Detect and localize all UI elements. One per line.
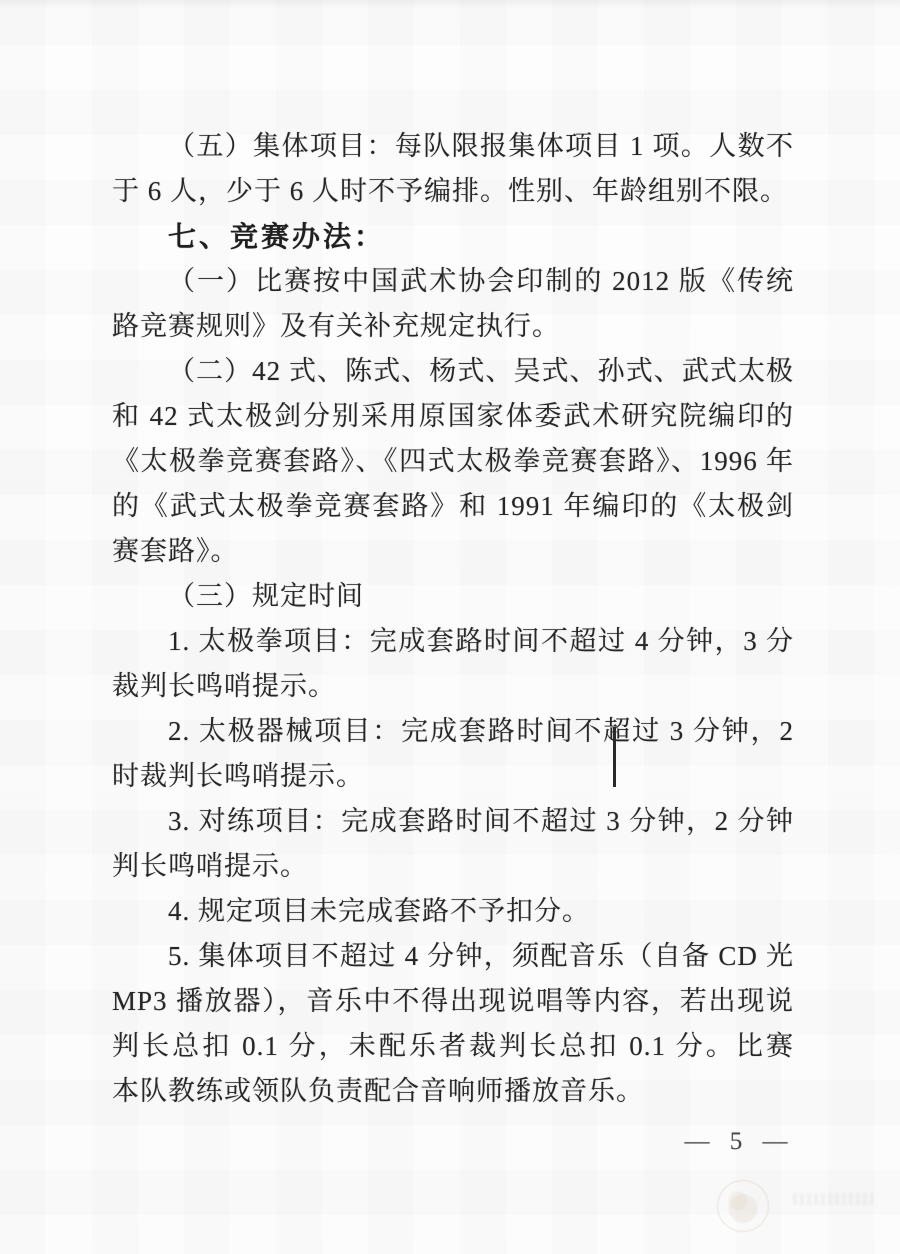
watermark-seal-icon	[717, 1180, 769, 1232]
text-line: MP3 播放器），音乐中不得出现说唱等内容，若出现说唱裁	[112, 979, 794, 1024]
text-line: 路竞赛规则》及有关补充规定执行。	[112, 304, 794, 349]
text-line: 裁判长鸣哨提示。	[112, 664, 794, 709]
text-line: 的《武式太极拳竞赛套路》和 1991 年编印的《太极剑竞	[112, 484, 794, 529]
text-line: （二）42 式、陈式、杨式、吴式、孙式、武式太极拳	[112, 349, 794, 394]
text-line: 赛套路》。	[112, 529, 794, 574]
text-line: 和 42 式太极剑分别采用原国家体委武术研究院编印的	[112, 394, 794, 439]
text-line: 本队教练或领队负责配合音响师播放音乐。	[112, 1069, 794, 1114]
text-line: 2. 太极器械项目：完成套路时间不超过 3 分钟，2 分钟	[112, 709, 794, 754]
watermark-text-smudge	[793, 1193, 875, 1205]
text-line: 4. 规定项目未完成套路不予扣分。	[112, 889, 794, 934]
document-page: （五）集体项目：每队限报集体项目 1 项。人数不得少 于 6 人，少于 6 人时…	[0, 0, 900, 1254]
text-line: 1. 太极拳项目：完成套路时间不超过 4 分钟，3 分钟时	[112, 619, 794, 664]
text-line: 5. 集体项目不超过 4 分钟，须配音乐（自备 CD 光盘或	[112, 934, 794, 979]
text-line: （一）比赛按中国武术协会印制的 2012 版《传统武术套	[112, 259, 794, 304]
page-number: — 5 —	[672, 1128, 802, 1156]
section-heading: 七、竞赛办法：	[112, 214, 794, 259]
text-line: 《太极拳竞赛套路》、《四式太极拳竞赛套路》、1996 年编印	[112, 439, 794, 484]
text-line: 时裁判长鸣哨提示。	[112, 754, 794, 799]
text-line: 判长总扣 0.1 分，未配乐者裁判长总扣 0.1 分。比赛时，由	[112, 1024, 794, 1069]
text-cursor-icon	[613, 727, 616, 787]
text-line: （三）规定时间	[112, 574, 794, 619]
text-line: 判长鸣哨提示。	[112, 844, 794, 889]
text-line: 于 6 人，少于 6 人时不予编排。性别、年龄组别不限。	[112, 169, 794, 214]
document-text-block: （五）集体项目：每队限报集体项目 1 项。人数不得少 于 6 人，少于 6 人时…	[112, 124, 794, 1114]
text-line: （五）集体项目：每队限报集体项目 1 项。人数不得少	[112, 124, 794, 169]
text-line: 3. 对练项目：完成套路时间不超过 3 分钟，2 分钟时裁	[112, 799, 794, 844]
